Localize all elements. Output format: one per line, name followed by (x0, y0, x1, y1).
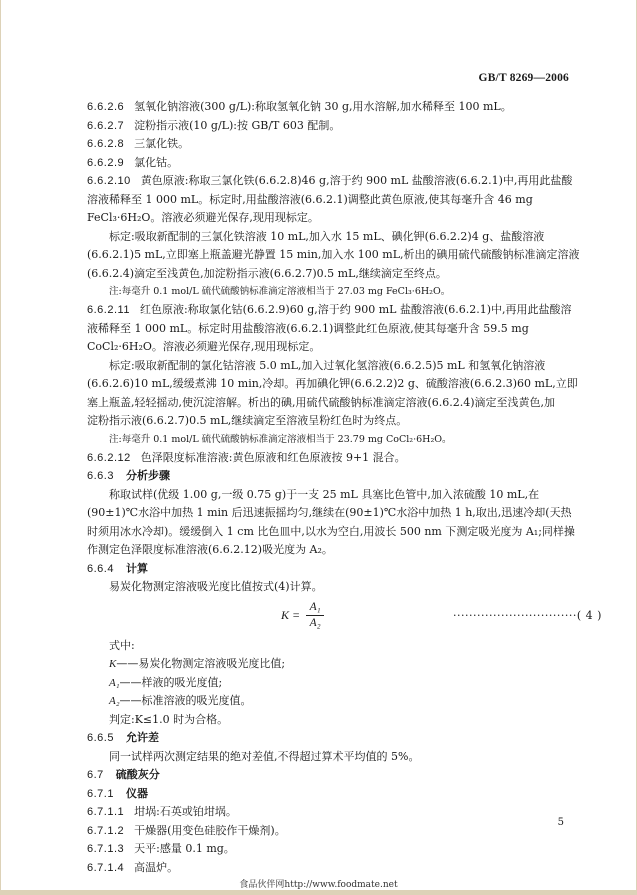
paragraph-line: 称取试样(优级 1.00 g,一级 0.75 g)于一支 25 mL 具塞比色管… (87, 486, 579, 505)
clause-text: 天平:感量 0.1 mg。 (134, 842, 235, 855)
paragraph-line: 同一试样两次测定结果的绝对差值,不得超过算术平均值的 5%。 (87, 748, 579, 767)
note: 注:每毫升 0.1 mol/L 硫代硫酸钠标准滴定溶液相当于 23.79 mg … (87, 431, 579, 449)
clause-6-7-1-2: 6.7.1.2干燥器(用变色硅胶作干燥剂)。 (87, 822, 579, 841)
definition: A₁——样液的吸光度值; (87, 674, 579, 693)
section-6-6-3: 6.6.3分析步骤 (87, 467, 579, 486)
paragraph-line: 标定:吸取新配制的氯化钴溶液 5.0 mL,加入过氧化氢溶液(6.6.2.5)5… (87, 357, 579, 376)
fraction-bar (306, 615, 324, 616)
definition: K——易炭化物测定溶液吸光度比值; (87, 655, 579, 674)
clause-6-6-2-11: 6.6.2.11红色原液:称取氯化钴(6.6.2.9)60 g,溶于约 900 … (87, 301, 579, 320)
clause-number: 6.7.1.1 (87, 803, 124, 822)
fraction: A₁ A₂ (306, 601, 324, 630)
clause-text: 高温炉。 (134, 861, 178, 874)
denominator: A₂ (310, 617, 321, 630)
paragraph-line: 式中: (87, 637, 579, 656)
clause-text: 红色原液:称取氯化钴(6.6.2.9)60 g,溶于约 900 mL 盐酸溶液(… (140, 303, 572, 316)
clause-text: 氯化钴。 (134, 156, 178, 169)
clause-6-7-1-3: 6.7.1.3天平:感量 0.1 mg。 (87, 840, 579, 859)
page-number: 5 (558, 817, 564, 828)
section-heading: 仪器 (126, 787, 148, 800)
clause-6-6-2-7: 6.6.2.7淀粉指示液(10 g/L):按 GB/T 603 配制。 (87, 117, 579, 136)
clause-text: 三氯化铁。 (134, 137, 189, 150)
numerator: A₁ (310, 601, 321, 614)
paragraph-line: 溶液稀释至 1 000 mL。标定时,用盐酸溶液(6.6.2.1)调整此黄色原液… (87, 191, 579, 210)
paragraph-line: 淀粉指示液(6.6.2.7)0.5 mL,继续滴定至溶液呈粉红色时为终点。 (87, 412, 579, 431)
section-heading: 允许差 (126, 731, 159, 744)
section-6-7-1: 6.7.1仪器 (87, 785, 579, 804)
paragraph-line: (6.6.2.1)5 mL,立即塞上瓶盖避光静置 15 min,加入水 100 … (87, 246, 579, 265)
paragraph-line: 易炭化物测定溶液吸光度比值按式(4)计算。 (87, 578, 579, 597)
paragraph-line: (6.6.2.4)滴定至浅黄色,加淀粉指示液(6.6.2.7)0.5 mL,继续… (87, 265, 579, 284)
paragraph-line: 判定:K≤1.0 时为合格。 (87, 711, 579, 730)
definition-text: ——标准溶液的吸光度值。 (120, 694, 252, 707)
definition: A₂——标准溶液的吸光度值。 (87, 692, 579, 711)
definition-text: ——易炭化物测定溶液吸光度比值; (116, 657, 285, 670)
document-body: 6.6.2.6氢氧化钠溶液(300 g/L):称取氢氧化钠 30 g,用水溶解,… (87, 98, 579, 877)
variable: A₂ (109, 695, 120, 707)
paragraph-line: 作测定色泽限度标准溶液(6.6.2.12)吸光度为 A₂。 (87, 541, 579, 560)
equation: K = A₁ A₂ (281, 601, 324, 630)
section-number: 6.6.5 (87, 729, 114, 748)
clause-6-6-2-12: 6.6.2.12色泽限度标准溶液:黄色原液和红色原液按 9+1 混合。 (87, 449, 579, 468)
clause-number: 6.6.2.12 (87, 449, 131, 468)
paragraph-line: 时须用冰水冷却)。缓缓倒入 1 cm 比色皿中,以水为空白,用波长 500 nm… (87, 523, 579, 542)
document-page: GB/T 8269—2006 6.6.2.6氢氧化钠溶液(300 g/L):称取… (1, 0, 636, 890)
clause-6-6-2-8: 6.6.2.8三氯化铁。 (87, 135, 579, 154)
equation-number: ·······························( 4 ) (453, 607, 602, 626)
clause-text: 淀粉指示液(10 g/L):按 GB/T 603 配制。 (134, 119, 340, 132)
section-6-6-5: 6.6.5允许差 (87, 729, 579, 748)
section-number: 6.6.4 (87, 560, 114, 579)
section-number: 6.6.3 (87, 467, 114, 486)
clause-number: 6.6.2.7 (87, 117, 124, 136)
section-number: 6.7.1 (87, 785, 114, 804)
clause-6-6-2-6: 6.6.2.6氢氧化钠溶液(300 g/L):称取氢氧化钠 30 g,用水溶解,… (87, 98, 579, 117)
section-heading: 分析步骤 (126, 469, 170, 482)
footer-watermark: 食品伙伴网http://www.foodmate.net (1, 877, 636, 890)
clause-6-6-2-9: 6.6.2.9氯化钴。 (87, 154, 579, 173)
clause-text: 黄色原液:称取三氯化铁(6.6.2.8)46 g,溶于约 900 mL 盐酸溶液… (141, 174, 573, 187)
equation-lhs: K = (281, 606, 300, 625)
clause-number: 6.7.1.2 (87, 822, 124, 841)
clause-number: 6.6.2.6 (87, 98, 124, 117)
section-6-7: 6.7硫酸灰分 (87, 766, 579, 785)
clause-number: 6.7.1.4 (87, 859, 124, 878)
clause-number: 6.6.2.11 (87, 301, 130, 320)
paragraph-line: (90±1)℃水浴中加热 1 min 后迅速振摇均匀,继续在(90±1)℃水浴中… (87, 504, 579, 523)
section-number: 6.7 (87, 766, 104, 785)
clause-text: 干燥器(用变色硅胶作干燥剂)。 (134, 824, 286, 837)
definition-text: ——样液的吸光度值; (120, 676, 223, 689)
clause-text: 色泽限度标准溶液:黄色原液和红色原液按 9+1 混合。 (141, 451, 406, 464)
clause-number: 6.7.1.3 (87, 840, 124, 859)
clause-text: 坩埚:石英或铂坩埚。 (134, 805, 237, 818)
section-heading: 硫酸灰分 (116, 768, 160, 781)
clause-number: 6.6.2.8 (87, 135, 124, 154)
paragraph-line: 标定:吸取新配制的三氯化铁溶液 10 mL,加入水 15 mL、碘化钾(6.6.… (87, 228, 579, 247)
clause-6-7-1-4: 6.7.1.4高温炉。 (87, 859, 579, 878)
section-heading: 计算 (126, 562, 148, 575)
paragraph-line: 塞上瓶盖,轻轻摇动,使沉淀溶解。析出的碘,用硫代硫酸钠标准滴定溶液(6.6.2.… (87, 394, 579, 413)
paragraph-line: FeCl₃·6H₂O。溶液必须避光保存,现用现标定。 (87, 209, 579, 228)
section-6-6-4: 6.6.4计算 (87, 560, 579, 579)
clause-6-6-2-10: 6.6.2.10黄色原液:称取三氯化铁(6.6.2.8)46 g,溶于约 900… (87, 172, 579, 191)
paragraph-line: (6.6.2.6)10 mL,缓缓煮沸 10 min,冷却。再加碘化钾(6.6.… (87, 375, 579, 394)
standard-code: GB/T 8269—2006 (479, 72, 569, 84)
clause-6-7-1-1: 6.7.1.1坩埚:石英或铂坩埚。 (87, 803, 579, 822)
paragraph-line: 液稀释至 1 000 mL。标定时用盐酸溶液(6.6.2.1)调整此红色原液,使… (87, 320, 579, 339)
clause-text: 氢氧化钠溶液(300 g/L):称取氢氧化钠 30 g,用水溶解,加水稀释至 1… (134, 100, 512, 113)
variable: A₁ (109, 677, 120, 689)
note: 注:每毫升 0.1 mol/L 硫代硫酸钠标准滴定溶液相当于 27.03 mg … (87, 283, 579, 301)
formula-4: K = A₁ A₂ ······························… (87, 597, 579, 637)
clause-number: 6.6.2.10 (87, 172, 131, 191)
paragraph-line: CoCl₂·6H₂O。溶液必须避光保存,现用现标定。 (87, 338, 579, 357)
clause-number: 6.6.2.9 (87, 154, 124, 173)
